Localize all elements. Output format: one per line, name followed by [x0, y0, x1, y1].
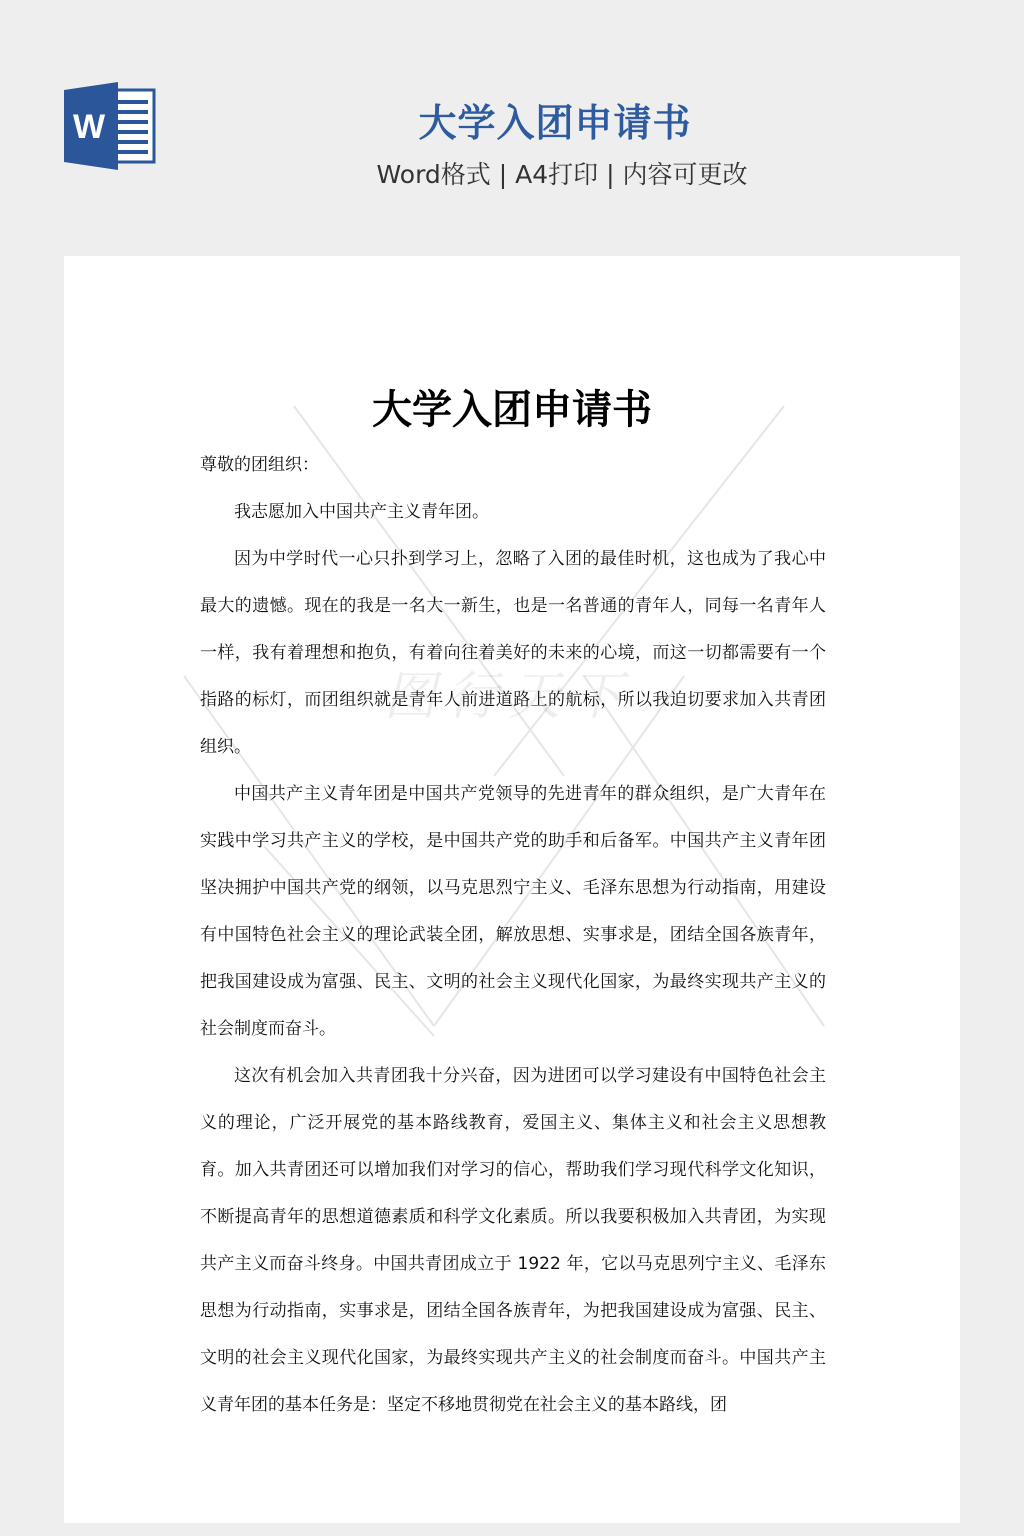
paragraph: 因为中学时代一心只扑到学习上，忽略了入团的最佳时机，这也成为了我心中最大的遗憾。…: [200, 536, 826, 771]
document-body: 尊敬的团组织： 我志愿加入中国共产主义青年团。 因为中学时代一心只扑到学习上，忽…: [200, 442, 826, 1429]
paragraph: 我志愿加入中国共产主义青年团。: [200, 489, 826, 536]
document-page: 图行天下 大学入团申请书 尊敬的团组织： 我志愿加入中国共产主义青年团。 因为中…: [64, 256, 960, 1523]
header-title: 大学入团申请书: [0, 92, 1024, 147]
paragraph: 中国共产主义青年团是中国共产党领导的先进青年的群众组织，是广大青年在实践中学习共…: [200, 771, 826, 1053]
header-subtitle: Word格式 | A4打印 | 内容可更改: [0, 155, 1024, 191]
paragraph: 这次有机会加入共青团我十分兴奋，因为进团可以学习建设有中国特色社会主义的理论，广…: [200, 1053, 826, 1429]
salutation: 尊敬的团组织：: [200, 442, 826, 489]
document-title: 大学入团申请书: [64, 378, 960, 435]
header-banner: W 大学入团申请书 Word格式 | A4打印 | 内容可更改: [0, 0, 1024, 256]
